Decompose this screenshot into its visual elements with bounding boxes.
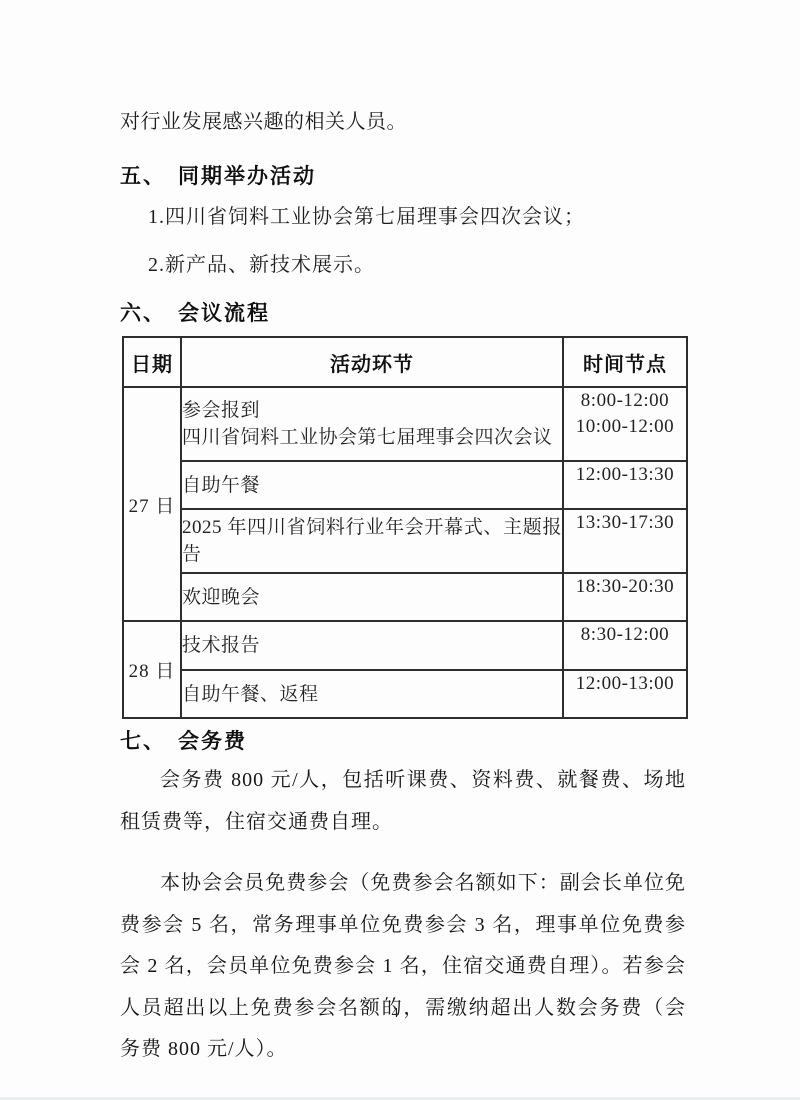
- schedule-header-row: 日期 活动环节 时间节点: [123, 337, 687, 387]
- activity-line: 2025 年四川省饲料行业年会开幕式、主题报告: [182, 514, 562, 568]
- section-seven-number: 七、: [120, 730, 166, 753]
- page-number: 4: [0, 1006, 790, 1022]
- time-cell: 12:00-13:00: [563, 670, 687, 718]
- activity-cell: 自助午餐: [181, 461, 563, 509]
- activity-cell: 2025 年四川省饲料行业年会开幕式、主题报告: [181, 509, 563, 573]
- schedule-row-6: 自助午餐、返程 12:00-13:00: [123, 670, 687, 718]
- activity-line: 欢迎晚会: [182, 584, 562, 611]
- time-line: 8:00-12:00: [564, 388, 686, 414]
- activity-cell: 自助午餐、返程: [181, 670, 563, 718]
- section-five-number: 五、: [120, 165, 166, 188]
- activity-line: 自助午餐、返程: [182, 681, 562, 708]
- activity-cell: 参会报到 四川省饲料工业协会第七届理事会四次会议: [181, 387, 563, 461]
- schedule-row-2: 自助午餐 12:00-13:30: [123, 461, 687, 509]
- document-content: 对行业发展感兴趣的相关人员。 五、同期举办活动 1.四川省饲料工业协会第七届理事…: [0, 0, 800, 1071]
- header-date: 日期: [123, 337, 181, 387]
- schedule-row-1: 27 日 参会报到 四川省饲料工业协会第七届理事会四次会议 8:00-12:00…: [123, 387, 687, 461]
- activity-cell: 技术报告: [181, 621, 563, 670]
- intro-line: 对行业发展感兴趣的相关人员。: [120, 108, 686, 136]
- section-heading-seven: 七、会务费: [120, 727, 686, 756]
- section-seven-title: 会务费: [178, 730, 247, 753]
- header-time: 时间节点: [563, 337, 687, 387]
- section-heading-six: 六、会议流程: [120, 299, 686, 328]
- time-line: 8:30-12:00: [564, 622, 686, 648]
- fee-paragraph-2: 本协会会员免费参会（免费参会名额如下：副会长单位免费参会 5 名，常务理事单位免…: [120, 863, 686, 1071]
- time-line: 12:00-13:00: [564, 671, 686, 697]
- activity-cell: 欢迎晚会: [181, 573, 563, 621]
- time-line: 18:30-20:30: [564, 574, 686, 600]
- document-page: 对行业发展感兴趣的相关人员。 五、同期举办活动 1.四川省饲料工业协会第七届理事…: [0, 0, 800, 1100]
- schedule-table: 日期 活动环节 时间节点 27 日 参会报到 四川省饲料工业协会第七届理事会四次…: [122, 336, 688, 719]
- schedule-row-5: 28 日 技术报告 8:30-12:00: [123, 621, 687, 670]
- activity-line: 技术报告: [182, 632, 562, 659]
- time-line: 12:00-13:30: [564, 462, 686, 488]
- date-cell-28: 28 日: [123, 621, 181, 718]
- time-cell: 13:30-17:30: [563, 509, 687, 573]
- list-item-2: 2.新产品、新技术展示。: [120, 251, 686, 279]
- header-activity: 活动环节: [181, 337, 563, 387]
- time-line: 10:00-12:00: [564, 414, 686, 440]
- section-five-title: 同期举办活动: [178, 165, 316, 188]
- time-cell: 8:30-12:00: [563, 621, 687, 670]
- schedule-row-3: 2025 年四川省饲料行业年会开幕式、主题报告 13:30-17:30: [123, 509, 687, 573]
- activity-line: 参会报到: [182, 397, 562, 424]
- activity-line: 自助午餐: [182, 472, 562, 499]
- section-six-number: 六、: [120, 302, 166, 325]
- time-cell: 12:00-13:30: [563, 461, 687, 509]
- activity-line: 四川省饲料工业协会第七届理事会四次会议: [182, 424, 562, 451]
- section-heading-five: 五、同期举办活动: [120, 162, 686, 191]
- time-cell: 18:30-20:30: [563, 573, 687, 621]
- time-line: 13:30-17:30: [564, 510, 686, 536]
- list-item-1: 1.四川省饲料工业协会第七届理事会四次会议；: [120, 203, 686, 231]
- section-six-title: 会议流程: [178, 302, 270, 325]
- schedule-row-4: 欢迎晚会 18:30-20:30: [123, 573, 687, 621]
- time-cell: 8:00-12:00 10:00-12:00: [563, 387, 687, 461]
- fee-paragraph-1: 会务费 800 元/人，包括听课费、资料费、就餐费、场地租赁费等，住宿交通费自理…: [120, 760, 686, 843]
- date-cell-27: 27 日: [123, 387, 181, 621]
